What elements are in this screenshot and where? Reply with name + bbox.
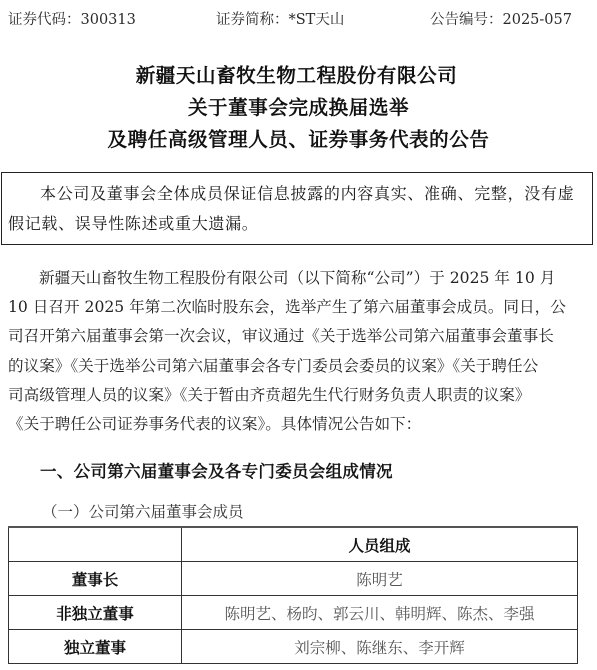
members-cell: 陈明艺 [182,562,578,596]
paragraph-line: 司召开第六届董事会第一次会议，审议通过《关于选举公司第六届董事会董事长 [8,322,593,351]
sub-heading: （一）公司第六届董事会成员 [42,500,244,522]
document-title: 新疆天山畜牧生物工程股份有限公司 关于董事会完成换届选举 及聘任高级管理人员、证… [0,60,597,156]
section-heading: 一、公司第六届董事会及各专门委员会组成情况 [40,458,393,482]
board-members-table: 人员组成 董事长 陈明艺 非独立董事 陈明艺、杨昀、郭云川、韩明辉、陈杰、李强 … [8,526,578,664]
security-name: 证券简称：*ST天山 [216,8,344,29]
role-cell: 独立董事 [9,630,182,664]
paragraph-line: 司高级管理人员的议案》《关于暂由齐贲超先生代行财务负责人职责的议案》 [8,381,593,410]
role-cell: 董事长 [9,562,182,596]
role-cell: 非独立董事 [9,596,182,630]
announcement-number: 公告编号：2025-057 [430,8,572,29]
paragraph-line: 《关于聘任公司证券事务代表的议案》。具体情况公告如下： [8,410,593,439]
disclaimer-box: 本公司及董事会全体成员保证信息披露的内容真实、准确、完整，没有虚 假记载、误导性… [1,172,593,245]
title-line-2: 关于董事会完成换届选举 [0,92,597,124]
disclaimer-line-1: 本公司及董事会全体成员保证信息披露的内容真实、准确、完整，没有虚 [8,179,586,209]
members-cell: 刘宗柳、陈继东、李开辉 [182,630,578,664]
paragraph-line: 的议案》《关于选举公司第六届董事会各专门委员会委员的议案》《关于聘任公 [8,352,593,381]
company-name-title: 新疆天山畜牧生物工程股份有限公司 [0,60,597,92]
table-header-role [9,527,182,562]
members-cell: 陈明艺、杨昀、郭云川、韩明辉、陈杰、李强 [182,596,578,630]
paragraph-line: 新疆天山畜牧生物工程股份有限公司（以下简称“公司”）于 2025 年 10 月 [8,264,593,293]
table-row: 独立董事 刘宗柳、陈继东、李开辉 [9,630,578,664]
security-code: 证券代码：300313 [8,8,136,29]
intro-paragraph: 新疆天山畜牧生物工程股份有限公司（以下简称“公司”）于 2025 年 10 月 … [8,264,593,439]
title-line-3: 及聘任高级管理人员、证券事务代表的公告 [0,124,597,156]
paragraph-line: 10 日召开 2025 年第二次临时股东会，选举产生了第六届董事会成员。同日，公 [8,293,593,322]
table-header-members: 人员组成 [182,527,578,562]
document-header: 证券代码：300313 证券简称：*ST天山 公告编号：2025-057 [8,6,593,30]
table-row: 董事长 陈明艺 [9,562,578,596]
disclaimer-line-2: 假记载、误导性陈述或重大遗漏。 [8,209,586,239]
table-row: 非独立董事 陈明艺、杨昀、郭云川、韩明辉、陈杰、李强 [9,596,578,630]
table-header-row: 人员组成 [9,527,578,562]
